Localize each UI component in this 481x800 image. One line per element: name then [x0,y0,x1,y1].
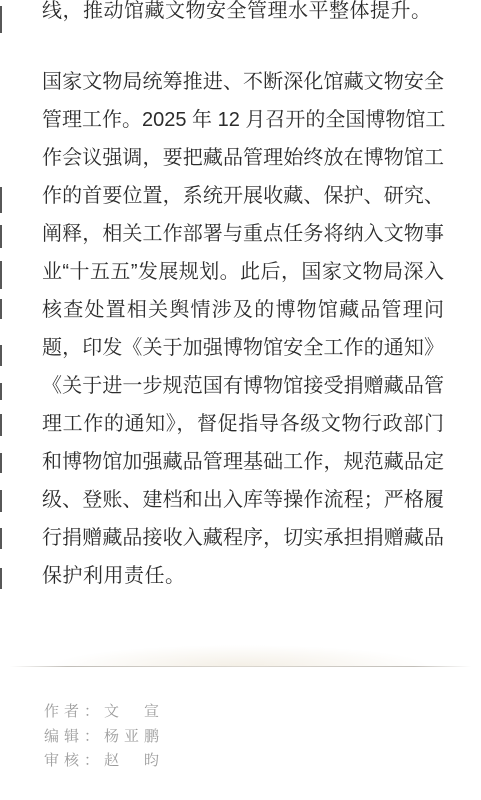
credit-reviewer-name: 赵 昀 [104,752,164,769]
paragraph: 线，推动馆藏文物安全管理水平整体提升。 [42,0,444,30]
cut-text-artifact [0,568,2,589]
text-line: 业“十五五”发展规划。此后，国家文物局深入 [42,253,444,291]
cut-text-artifact [0,453,2,473]
divider-glow [0,638,481,667]
cut-text-artifact [0,383,2,400]
text-line: 和博物馆加强藏品管理基础工作，规范藏品定 [42,443,444,481]
text-line: 作会议强调，要把藏品管理始终放在博物馆工 [42,139,444,177]
text-line: 理工作的通知》，督促指导各级文物行政部门 [42,405,444,443]
text-line: 管理工作。2025 年 12 月召开的全国博物馆工 [42,101,444,139]
text-line: 题，印发《关于加强博物馆安全工作的通知》 [42,329,444,367]
credit-reviewer-label: 审核： [44,752,104,769]
credits-footer: 作者：文 宣 编辑：杨亚鹏 审核：赵 昀 [44,700,164,774]
credit-editor-name: 杨亚鹏 [104,728,164,745]
paragraph: 国家文物局统筹推进、不断深化馆藏文物安全 管理工作。2025 年 12 月召开的… [42,63,444,595]
credit-author-label: 作者： [44,703,104,720]
cut-text-artifact [0,261,2,289]
section-divider [0,666,481,667]
left-edge-artifacts [0,0,4,800]
cut-text-artifact [0,528,2,549]
credit-reviewer: 审核：赵 昀 [44,749,164,774]
article-body: 线，推动馆藏文物安全管理水平整体提升。 国家文物局统筹推进、不断深化馆藏文物安全… [42,0,444,595]
article-page: 线，推动馆藏文物安全管理水平整体提升。 国家文物局统筹推进、不断深化馆藏文物安全… [0,0,481,800]
text-line: 核查处置相关舆情涉及的博物馆藏品管理问 [42,291,444,329]
cut-text-artifact [0,414,2,436]
text-line: 阐释，相关工作部署与重点任务将纳入文物事 [42,215,444,253]
credit-author: 作者：文 宣 [44,700,164,725]
cut-text-artifact [0,187,2,213]
credit-author-name: 文 宣 [104,703,164,720]
cut-text-artifact [0,345,2,366]
credit-editor-label: 编辑： [44,728,104,745]
cut-text-artifact [0,6,2,33]
text-line: 级、登账、建档和出入库等操作流程；严格履 [42,481,444,519]
text-line: 线，推动馆藏文物安全管理水平整体提升。 [42,0,444,30]
credit-editor: 编辑：杨亚鹏 [44,725,164,750]
cut-text-artifact [0,490,2,512]
text-line: 行捐赠藏品接收入藏程序，切实承担捐赠藏品 [42,519,444,557]
text-line: 《关于进一步规范国有博物馆接受捐赠藏品管 [42,367,444,405]
text-line: 国家文物局统筹推进、不断深化馆藏文物安全 [42,63,444,101]
cut-text-artifact [0,299,2,319]
text-line: 保护利用责任。 [42,557,444,595]
cut-text-artifact [0,225,2,248]
text-line: 作的首要位置，系统开展收藏、保护、研究、 [42,177,444,215]
